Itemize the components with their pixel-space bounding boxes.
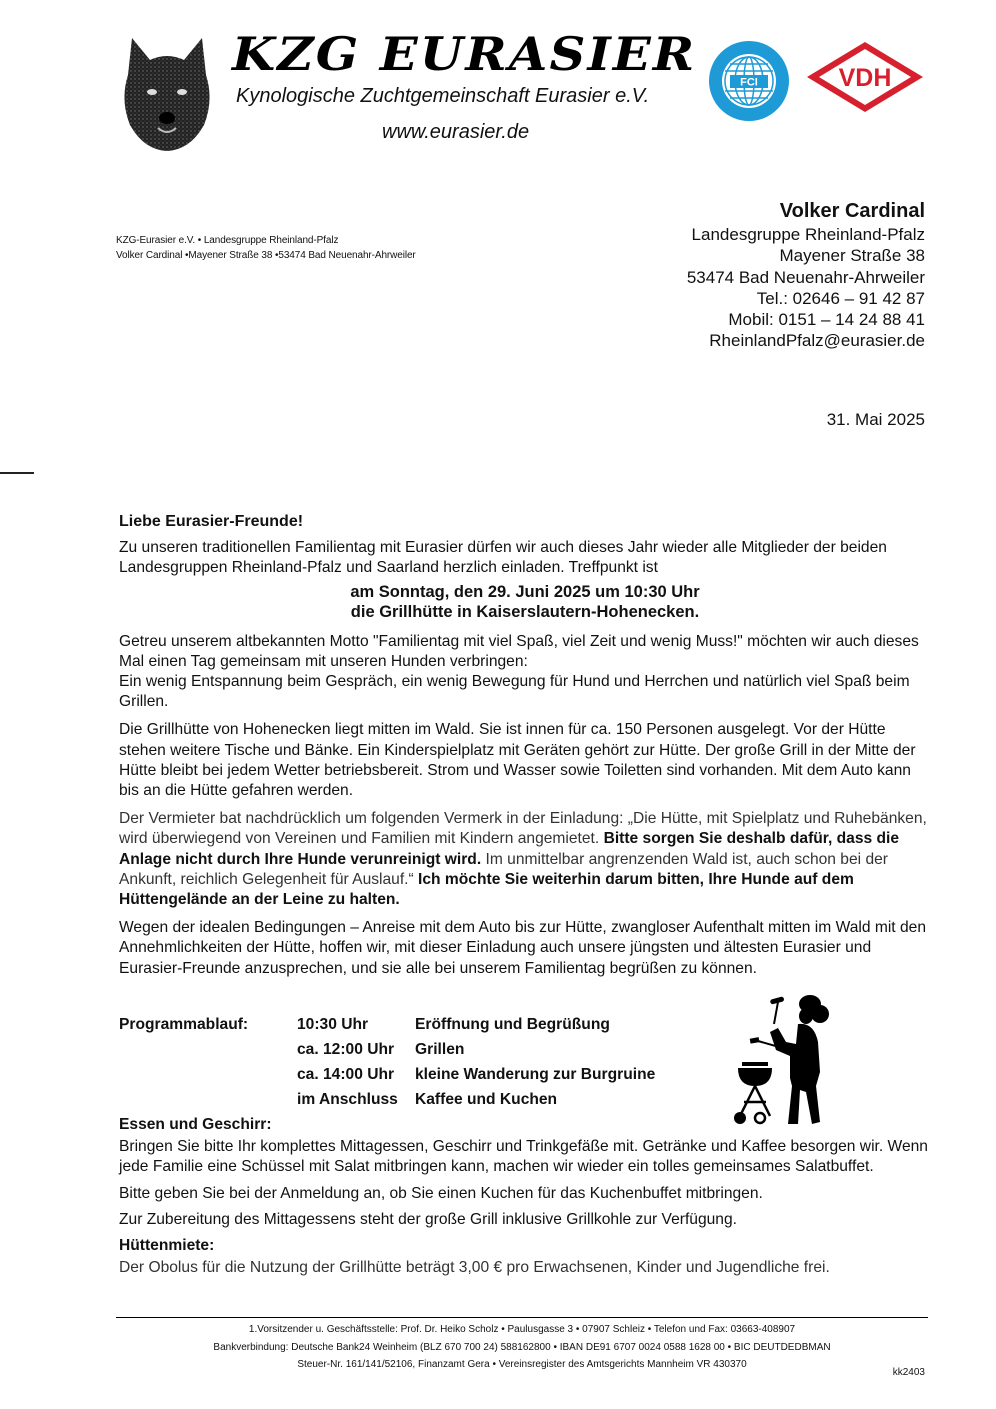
program-activity: Grillen [415,1041,464,1059]
conditions-paragraph: Wegen der idealen Bedingungen – Anreise … [119,918,931,979]
program-time: 10:30 Uhr [297,1016,415,1034]
footer-tax-line: Steuer-Nr. 161/141/52106, Finanzamt Gera… [116,1356,928,1374]
footer-bank-line: Bankverbindung: Deutsche Bank24 Weinheim… [116,1339,928,1357]
vdh-logo-icon: VDH [805,40,925,114]
food-paragraph-1: Bringen Sie bitte Ihr komplettes Mittage… [119,1137,931,1177]
food-title: Essen und Geschirr: [119,1115,931,1135]
greeting: Liebe Eurasier-Freunde! [119,512,931,532]
brand-title: KZG EURASIER [232,26,696,82]
fci-logo-icon: FCI [708,40,790,122]
program-activity: Kaffee und Kuchen [415,1091,557,1109]
landlord-notice: Der Vermieter bat nachdrücklich um folge… [119,809,931,910]
sender-line-2: Volker Cardinal •Mayener Straße 38 •5347… [116,248,416,263]
rent-paragraph: Der Obolus für die Nutzung der Grillhütt… [119,1258,931,1278]
sender-return-address: KZG-Eurasier e.V. • Landesgruppe Rheinla… [116,233,416,263]
program-schedule: Programmablauf: 10:30 Uhr Eröffnung und … [119,1012,655,1112]
contact-email[interactable]: RheinlandPfalz@eurasier.de [687,330,925,351]
program-activity: Eröffnung und Begrüßung [415,1016,610,1034]
program-row: ca. 12:00 Uhr Grillen [119,1037,655,1062]
program-row: im Anschluss Kaffee und Kuchen [119,1087,655,1112]
hut-description: Die Grillhütte von Hohenecken liegt mitt… [119,720,931,801]
footer-divider [116,1317,928,1318]
program-label: Programmablauf: [119,1016,297,1034]
program-row: Programmablauf: 10:30 Uhr Eröffnung und … [119,1012,655,1037]
svg-text:FCI: FCI [740,77,758,89]
program-time: im Anschluss [297,1091,415,1109]
footer-chair-line: 1.Vorsitzender u. Geschäftsstelle: Prof.… [116,1321,928,1339]
letter-body: Liebe Eurasier-Freunde! Zu unseren tradi… [119,512,931,987]
contact-block: Volker Cardinal Landesgruppe Rheinland-P… [687,199,925,352]
motto-paragraph-2: Ein wenig Entspannung beim Gespräch, ein… [119,672,931,712]
program-time: ca. 12:00 Uhr [297,1041,415,1059]
meeting-place: die Grillhütte in Kaiserslautern-Hohenec… [119,602,931,622]
intro-paragraph: Zu unseren traditionellen Familientag mi… [119,538,931,578]
food-paragraph-3: Zur Zubereitung des Mittagessens steht d… [119,1210,931,1230]
rent-title: Hüttenmiete: [119,1236,931,1256]
contact-city: 53474 Bad Neuenahr-Ahrweiler [687,267,925,288]
food-paragraph-2: Bitte geben Sie bei der Anmeldung an, ob… [119,1184,931,1204]
contact-group: Landesgruppe Rheinland-Pfalz [687,224,925,245]
brand-subtitle: Kynologische Zuchtgemeinschaft Eurasier … [236,84,649,108]
footer: 1.Vorsitzender u. Geschäftsstelle: Prof.… [116,1321,928,1374]
brand-url: www.eurasier.de [382,120,529,144]
contact-phone: Tel.: 02646 – 91 42 87 [687,288,925,309]
meeting-date: am Sonntag, den 29. Juni 2025 um 10:30 U… [119,582,931,602]
sender-line-1: KZG-Eurasier e.V. • Landesgruppe Rheinla… [116,233,416,248]
letter-date: 31. Mai 2025 [827,409,925,431]
fold-mark [0,472,34,474]
document-code: kk2403 [893,1367,925,1378]
program-activity: kleine Wanderung zur Burgruine [415,1066,655,1084]
svg-text:VDH: VDH [839,64,892,92]
program-row: ca. 14:00 Uhr kleine Wanderung zur Burgr… [119,1062,655,1087]
lower-section: Essen und Geschirr: Bringen Sie bitte Ih… [119,1115,931,1284]
contact-mobile: Mobil: 0151 – 14 24 88 41 [687,309,925,330]
contact-street: Mayener Straße 38 [687,245,925,266]
eurasier-dog-logo-icon [118,30,216,152]
program-time: ca. 14:00 Uhr [297,1066,415,1084]
contact-name: Volker Cardinal [687,199,925,224]
motto-paragraph: Getreu unserem altbekannten Motto "Famil… [119,632,931,672]
barbecue-chef-icon [728,994,838,1128]
